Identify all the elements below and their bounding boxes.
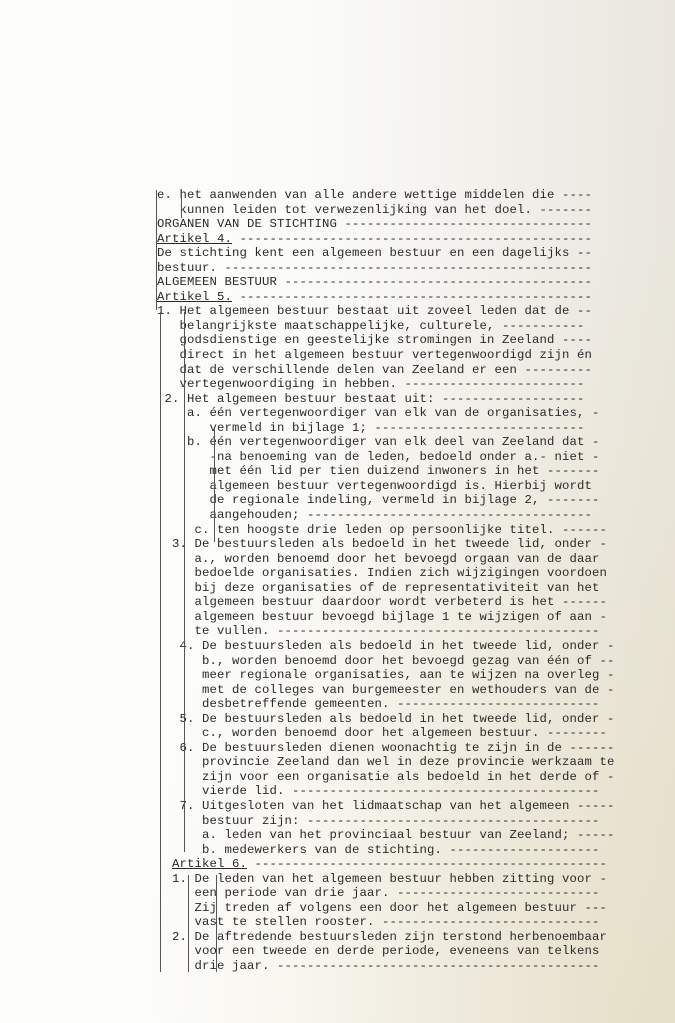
document-line: drie jaar. -----------------------------… — [157, 959, 657, 974]
document-line: vierde lid. ----------------------------… — [157, 784, 657, 799]
document-line: bedoelde organisaties. Indien zich wijzi… — [157, 566, 657, 581]
document-line: direct in het algemeen bestuur vertegenw… — [157, 348, 657, 363]
document-line: b. één vertegenwoordiger van elk deel va… — [157, 435, 657, 450]
document-line: bestuur zijn: --------------------------… — [157, 814, 657, 829]
margin-rule — [160, 312, 161, 972]
document-line: b. medewerkers van de stichting. -------… — [157, 843, 657, 858]
article-heading: Artikel 5. — [157, 290, 232, 304]
document-line: 4. De bestuursleden als bedoeld in het t… — [157, 639, 657, 654]
document-line: belangrijkste maatschappelijke, culturel… — [157, 319, 657, 334]
document-line: algemeen bestuur daardoor wordt verbeter… — [157, 595, 657, 610]
document-line: Artikel 6. -----------------------------… — [157, 857, 657, 872]
document-line: Artikel 4. -----------------------------… — [157, 232, 657, 247]
document-line: kunnen leiden tot verwezenlijking van he… — [157, 203, 657, 218]
document-line: 2. Het algemeen bestuur bestaat uit: ---… — [157, 392, 657, 407]
document-line: 6. De bestuursleden dienen woonachtig te… — [157, 741, 657, 756]
document-line: c., worden benoemd door het algemeen bes… — [157, 726, 657, 741]
document-line: Artikel 5. -----------------------------… — [157, 290, 657, 305]
document-line: vertegenwoordiging in hebben. ----------… — [157, 377, 657, 392]
document-line: 2. De aftredende bestuursleden zijn ters… — [157, 930, 657, 945]
article-heading: Artikel 4. — [157, 232, 232, 246]
document-line: Zij treden af volgens een door het algem… — [157, 901, 657, 916]
document-line: 5. De bestuursleden als bedoeld in het t… — [157, 712, 657, 727]
document-line: a., worden benoemd door het bevoegd orga… — [157, 552, 657, 567]
margin-rule — [156, 190, 157, 310]
document-line: b., worden benoemd door het bevoegd geza… — [157, 654, 657, 669]
document-line: aangehouden; ---------------------------… — [157, 508, 657, 523]
document-line: zijn voor een organisatie als bedoeld in… — [157, 770, 657, 785]
document-line: desbetreffende gemeenten. --------------… — [157, 697, 657, 712]
document-line: a. één vertegenwoordiger van elk van de … — [157, 406, 657, 421]
document-line: c. ten hoogste drie leden op persoonlijk… — [157, 523, 657, 538]
document-line: provincie Zeeland dan wel in deze provin… — [157, 755, 657, 770]
document-line: bestuur. -------------------------------… — [157, 261, 657, 276]
margin-rule — [181, 190, 182, 218]
margin-rule — [188, 875, 189, 972]
document-line: godsdienstige en geestelijke stromingen … — [157, 333, 657, 348]
document-line: vermeld in bijlage 1; ------------------… — [157, 421, 657, 436]
document-line: -na benoeming van de leden, bedoeld onde… — [157, 450, 657, 465]
document-line: te vullen. -----------------------------… — [157, 624, 657, 639]
document-line: ALGEMEEN BESTUUR -----------------------… — [157, 275, 657, 290]
margin-rule — [184, 312, 185, 852]
document-line: ORGANEN VAN DE STICHTING ---------------… — [157, 217, 657, 232]
margin-rule — [214, 428, 215, 542]
document-line: dat de verschillende delen van Zeeland e… — [157, 363, 657, 378]
document-line: a. leden van het provinciaal bestuur van… — [157, 828, 657, 843]
document-line: De stichting kent een algemeen bestuur e… — [157, 246, 657, 261]
document-line: bij deze organisaties of de representati… — [157, 581, 657, 596]
document-line: algemeen bestuur bevoegd bijlage 1 te wi… — [157, 610, 657, 625]
document-line: algemeen bestuur vertegenwoordigd is. Hi… — [157, 479, 657, 494]
document-line: een periode van drie jaar. -------------… — [157, 886, 657, 901]
document-page: e. het aanwenden van alle andere wettige… — [157, 188, 657, 974]
margin-rule — [216, 875, 217, 972]
document-line: met één lid per tien duizend inwoners in… — [157, 464, 657, 479]
document-line: voor een tweede en derde periode, evenee… — [157, 944, 657, 959]
document-line: 1. De leden van het algemeen bestuur heb… — [157, 872, 657, 887]
document-line: 7. Uitgesloten van het lidmaatschap van … — [157, 799, 657, 814]
document-line: 1. Het algemeen bestuur bestaat uit zove… — [157, 304, 657, 319]
document-line: de regionale indeling, vermeld in bijlag… — [157, 493, 657, 508]
document-line: met de colleges van burgemeester en weth… — [157, 683, 657, 698]
document-line: 3. De bestuursleden als bedoeld in het t… — [157, 537, 657, 552]
document-line: meer regionale organisaties, aan te wijz… — [157, 668, 657, 683]
article-heading: Artikel 6. — [172, 857, 247, 871]
document-line: e. het aanwenden van alle andere wettige… — [157, 188, 657, 203]
document-line: vast te stellen rooster. ---------------… — [157, 915, 657, 930]
